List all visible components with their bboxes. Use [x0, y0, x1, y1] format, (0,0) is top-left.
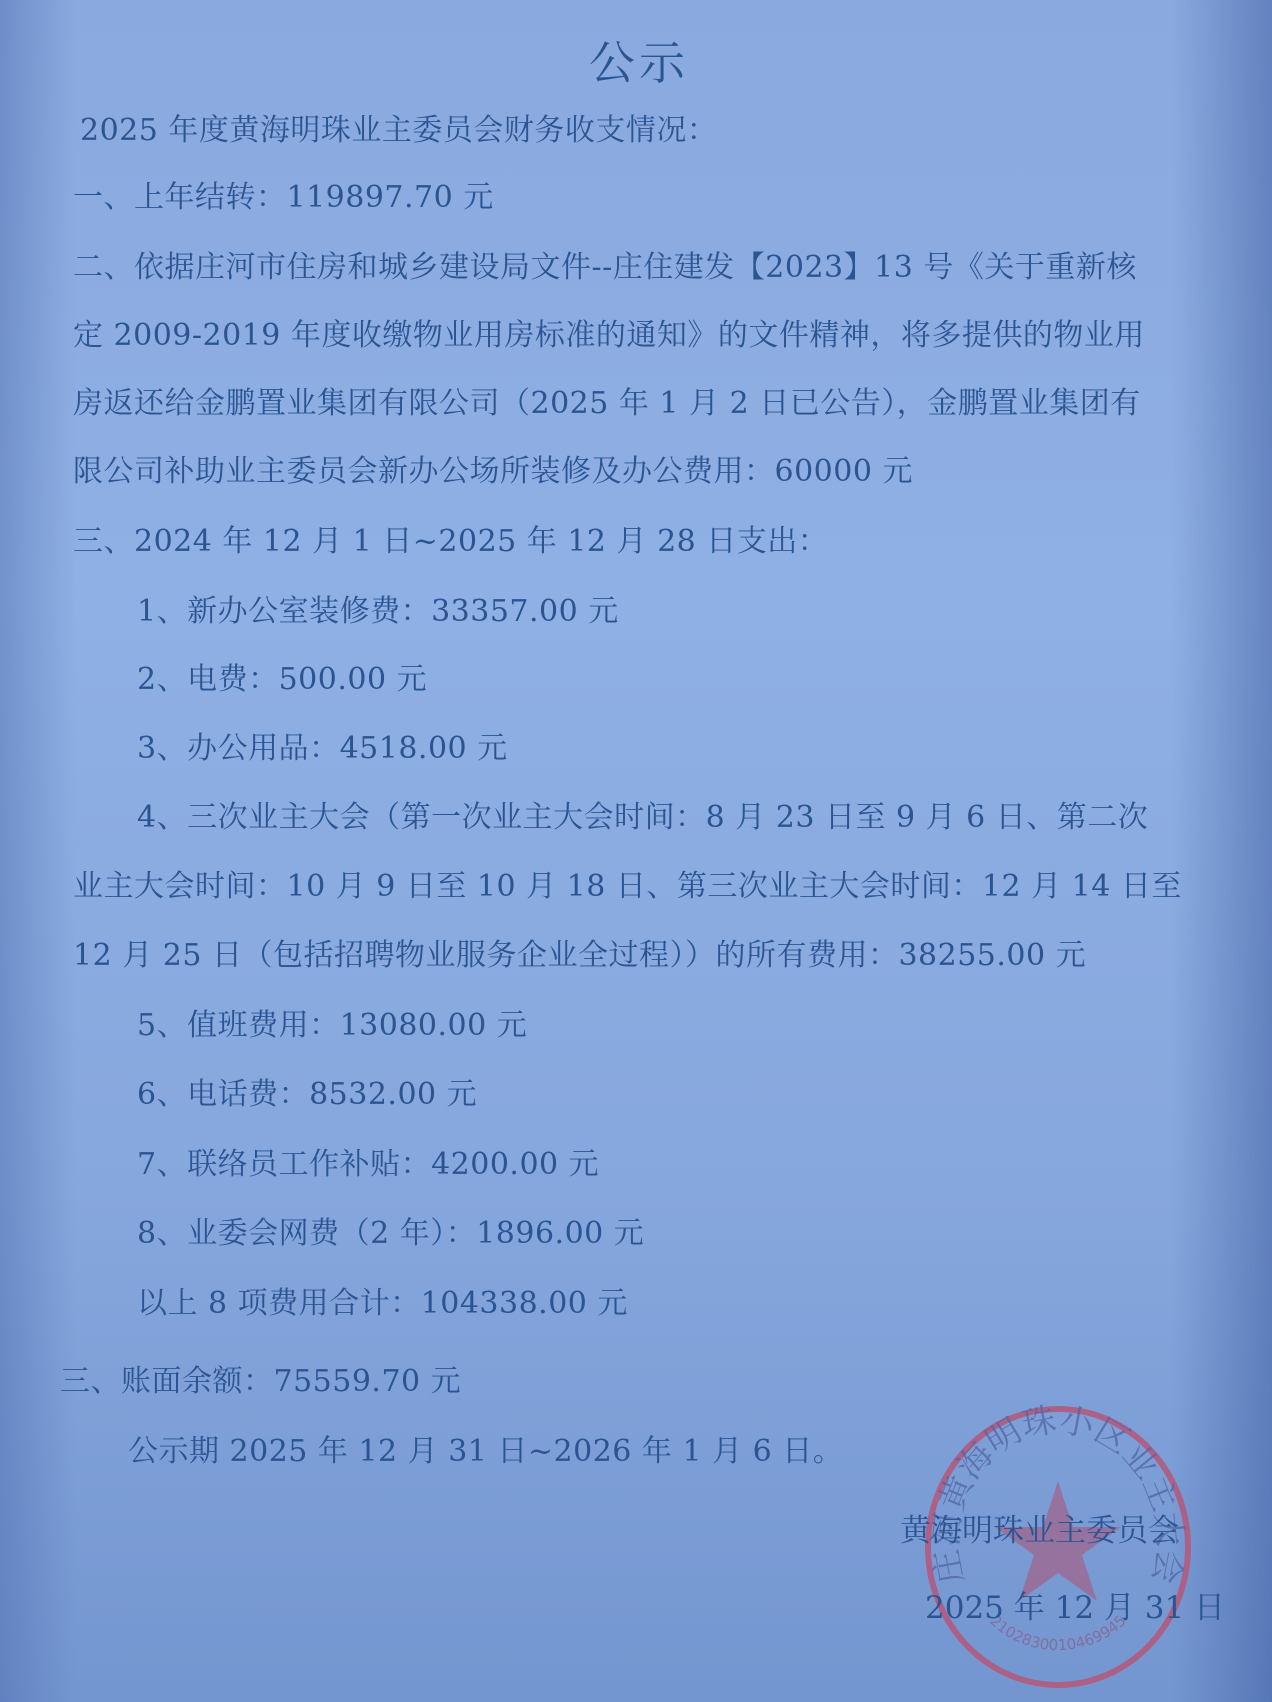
- section-subsidy-line-2: 定 2009-2019 年度收缴物业用房标准的通知》的文件精神，将多提供的物业用: [73, 318, 1145, 354]
- expense-item-phone: 6、电话费：8532.00 元: [137, 1077, 477, 1113]
- notice-page: 公示 2025 年度黄海明珠业主委员会财务收支情况： 一、上年结转：119897…: [0, 0, 1272, 1702]
- svg-text:庄河黄海明珠小区业主大会: 庄河黄海明珠小区业主大会: [926, 1403, 1190, 1587]
- expense-item-meetings-line-3: 12 月 25 日（包括招聘物业服务企业全过程））的所有费用：38255.00 …: [73, 938, 1086, 974]
- expense-item-meetings-line-2: 业主大会时间：10 月 9 日至 10 月 18 日、第三次业主大会时间：12 …: [73, 869, 1182, 905]
- section-subsidy-line-3: 房返还给金鹏置业集团有限公司（2025 年 1 月 2 日已公告），金鹏置业集团…: [73, 386, 1141, 422]
- page-title: 公示: [0, 36, 1272, 90]
- report-heading: 2025 年度黄海明珠业主委员会财务收支情况：: [80, 113, 717, 149]
- notice-period: 公示期 2025 年 12 月 31 日~2026 年 1 月 6 日。: [128, 1434, 843, 1470]
- section-carryover: 一、上年结转：119897.70 元: [73, 180, 494, 216]
- expense-item-meetings-line-1: 4、三次业主大会（第一次业主大会时间：8 月 23 日至 9 月 6 日、第二次: [137, 800, 1148, 836]
- signature-date: 2025 年 12 月 31 日: [925, 1590, 1225, 1626]
- expense-item-office-supplies: 3、办公用品：4518.00 元: [137, 731, 508, 767]
- expense-item-renovation: 1、新办公室装修费：33357.00 元: [137, 594, 619, 630]
- expense-item-liaison: 7、联络员工作补贴：4200.00 元: [137, 1147, 599, 1183]
- book-balance: 三、账面余额：75559.70 元: [60, 1364, 461, 1400]
- signature-organization: 黄海明珠业主委员会: [900, 1513, 1179, 1549]
- expense-item-duty: 5、值班费用：13080.00 元: [137, 1008, 527, 1044]
- title-text: 公示: [589, 36, 689, 90]
- section-subsidy-line-1: 二、依据庄河市住房和城乡建设局文件--庄住建发【2023】13 号《关于重新核: [73, 250, 1137, 286]
- expense-item-electricity: 2、电费：500.00 元: [137, 662, 427, 698]
- section-subsidy-line-4: 限公司补助业主委员会新办公场所装修及办公费用：60000 元: [73, 454, 913, 490]
- expense-total: 以上 8 项费用合计：104338.00 元: [137, 1286, 628, 1322]
- seal-arc-text: 庄河黄海明珠小区业主大会: [926, 1403, 1190, 1587]
- expense-item-internet: 8、业委会网费（2 年）：1896.00 元: [137, 1216, 644, 1252]
- section-expenses-heading: 三、2024 年 12 月 1 日~2025 年 12 月 28 日支出：: [73, 524, 828, 560]
